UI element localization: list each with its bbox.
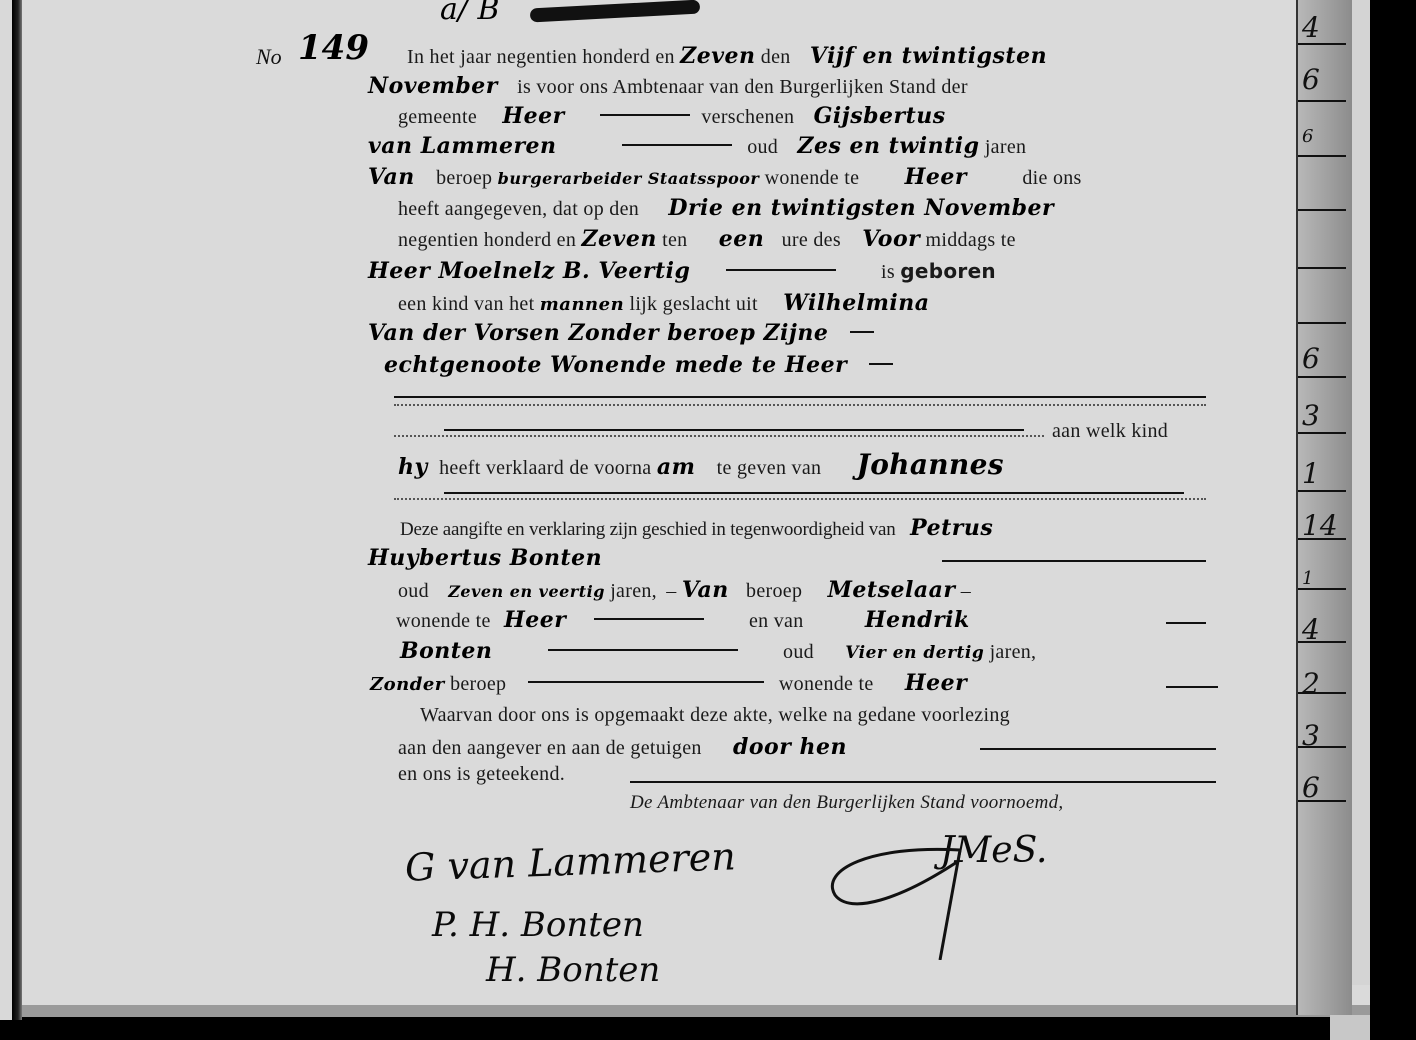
margin-number: 6: [1302, 66, 1320, 94]
witness2-age-handwritten: Vier en dertig: [845, 643, 984, 663]
witness1-residence-handwritten: Heer: [504, 607, 566, 633]
born-heading: geboren: [900, 259, 996, 283]
text-line-17: Huybertus Bonten: [368, 545, 602, 571]
struck-line: [444, 492, 1184, 494]
struck-line: [394, 396, 1206, 398]
margin-number: 1: [1302, 460, 1320, 488]
witness1-signature: P. H. Bonten: [432, 905, 644, 945]
text-line-20: Bonten oud Vier en dertig jaren,: [400, 638, 1036, 664]
day-handwritten: Vijf en twintigsten: [810, 43, 1047, 69]
declarant-residence-handwritten: Heer: [905, 164, 967, 190]
child-given-name-handwritten: Johannes: [857, 448, 1004, 481]
subject-handwritten: hy: [398, 454, 428, 480]
birth-hour-handwritten: een: [719, 226, 765, 252]
declarant-surname-handwritten: van Lammeren: [368, 133, 557, 159]
text-line-24: en ons is geteekend.: [398, 763, 565, 786]
official-caption: De Ambtenaar van den Burgerlijken Stand …: [630, 792, 1063, 814]
text-line-19: wonende te Heer en van Hendrik: [396, 607, 970, 633]
birth-date-handwritten: Drie en twintigsten November: [668, 195, 1054, 221]
margin-number: 2: [1302, 670, 1320, 698]
margin-number: 3: [1302, 402, 1320, 430]
margin-number: 4: [1302, 616, 1320, 644]
witness1-first-name-handwritten: Petrus: [910, 515, 993, 541]
text-line-7: negentien honderd en Zeven ten een ure d…: [398, 226, 1016, 252]
municipality-handwritten: Heer: [502, 103, 564, 129]
text-line-13: aan welk kind: [1052, 420, 1168, 443]
margin-number: 1: [1302, 570, 1313, 588]
witness2-first-name-handwritten: Hendrik: [865, 607, 970, 633]
adjacent-page-edge: [0, 0, 12, 1020]
witness2-residence-handwritten: Heer: [905, 670, 967, 696]
margin-index-tab: [1296, 0, 1352, 1015]
scan-background: [1370, 0, 1416, 1040]
sex-handwritten: mannen: [540, 294, 624, 315]
witness1-age-handwritten: Zeven en veertig: [448, 582, 605, 601]
am-pm-handwritten: Voor: [862, 226, 920, 252]
witness2-surname-handwritten: Bonten: [400, 638, 492, 664]
month-handwritten: November: [368, 73, 498, 99]
struck-line: [444, 429, 1024, 431]
text-line-9: een kind van het mannen lijk geslacht ui…: [398, 290, 929, 316]
text-line-22: Waarvan door ons is opgemaakt deze akte,…: [420, 704, 1010, 727]
witness2-occupation-handwritten: Zonder: [370, 674, 445, 695]
margin-number: 6: [1302, 774, 1320, 802]
text-line-11: echtgenoote Wonende mede te Heer: [384, 352, 893, 378]
margin-number: 6: [1302, 128, 1313, 146]
text-line-23: aan den aangever en aan de getuigen door…: [398, 734, 847, 760]
year-handwritten: Zeven: [680, 43, 755, 69]
text-line-2: November is voor ons Ambtenaar van den B…: [368, 73, 968, 99]
margin-number: 3: [1302, 722, 1320, 750]
witness1-occupation-handwritten: Metselaar: [828, 577, 956, 603]
witness2-signature: H. Bonten: [486, 950, 660, 990]
declarant-age-handwritten: Zes en twintig: [797, 133, 979, 159]
margin-number: 4: [1302, 14, 1320, 42]
text-line-5: Van beroep burgerarbeider Staatsspoor wo…: [368, 164, 1082, 190]
text-line-8: Heer Moelnelz B. Veertig is geboren: [368, 258, 996, 284]
mother-status-handwritten: echtgenoote Wonende mede te Heer: [384, 352, 847, 378]
mother-first-name-handwritten: Wilhelmina: [783, 290, 929, 316]
declarant-occupation-handwritten: burgerarbeider Staatsspoor: [498, 169, 760, 188]
birth-year-handwritten: Zeven: [581, 226, 656, 252]
top-annotation: a/ B: [440, 0, 500, 27]
mother-surname-handwritten: Van der Vorsen Zonder beroep Zijne: [368, 320, 828, 346]
declarant-first-name-handwritten: Gijsbertus: [814, 103, 946, 129]
margin-number: 14: [1302, 512, 1338, 540]
text-line-6: heeft aangegeven, dat op den Drie en twi…: [398, 195, 1054, 221]
record-number: 149: [298, 28, 369, 68]
text-line-21: Zonder beroep wonende te Heer: [370, 670, 967, 696]
official-signature-flourish: [810, 820, 1070, 960]
text-line-10: Van der Vorsen Zonder beroep Zijne: [368, 320, 874, 346]
text-line-18: oud Zeven en veertig jaren, – Van beroep…: [398, 577, 971, 603]
tab-bottom-edge: [1330, 1015, 1370, 1040]
binding-gutter: [12, 0, 22, 1020]
margin-number: 6: [1302, 345, 1320, 373]
witness1-name-handwritten: Huybertus Bonten: [368, 545, 602, 571]
tab-paper-edge: [1352, 0, 1370, 985]
text-line-1: In het jaar negentien honderd en Zeven d…: [407, 43, 1047, 69]
record-number-label: No: [256, 44, 282, 70]
page-bottom-edge: [22, 1005, 1400, 1017]
text-line-16: Deze aangifte en verklaring zijn geschie…: [400, 515, 993, 541]
text-line-14: hy heeft verklaard de voorna am te geven…: [398, 448, 1004, 481]
text-line-4: van Lammeren oud Zes en twintig jaren: [368, 133, 1026, 159]
signing-note-handwritten: door hen: [733, 734, 847, 760]
birth-address-handwritten: Heer Moelnelz B. Veertig: [368, 258, 690, 284]
text-line-3: gemeente Heer verschenen Gijsbertus: [398, 103, 946, 129]
